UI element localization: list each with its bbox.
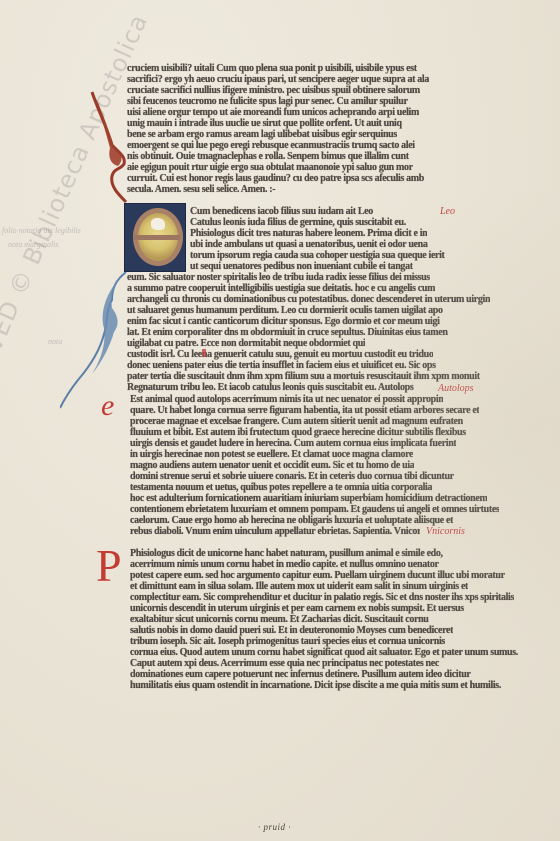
paragraph-mark xyxy=(202,349,206,357)
text-line: salutis nobis in domo dauid pueri sui. E… xyxy=(130,625,453,636)
text-line: cruciem uisibili? uitali Cum quo plena s… xyxy=(127,63,417,74)
text-line: archangeli cu thronis cu dominationibus … xyxy=(127,294,490,305)
text-line: donec ueniens pater eius die tertia insu… xyxy=(127,360,436,371)
text-line: Phisiologus dicit tres naturas habere le… xyxy=(190,228,427,239)
text-line: fluuium et bibit. Est autem ibi frutectu… xyxy=(130,427,466,438)
text-line: nis obtinuit. Ouie tmagnaclephas e rolla… xyxy=(127,151,409,162)
initial-crossbar xyxy=(134,235,180,240)
text-line: enim fac sicut i cantic canticorum dicit… xyxy=(127,316,440,327)
catchword: · pruid · xyxy=(258,822,291,832)
margin-note: nota marginalis xyxy=(8,240,59,249)
margin-note: folio notatio uix legibilis xyxy=(2,226,81,235)
blue-flourish-decoration xyxy=(60,270,130,410)
text-line: curruit. Cui est honor regis laus gaudin… xyxy=(127,173,424,184)
text-line: exaltabitur sicut unicornis cornu meum. … xyxy=(130,614,429,625)
text-line: humilitatis eius quam ostendit in incarn… xyxy=(130,680,501,691)
text-line: bene se arbam ergo ramus aream lagi ulib… xyxy=(127,129,397,140)
text-line: cruciate sacrifici nullius ifigere minis… xyxy=(127,85,420,96)
red-initial-p: P xyxy=(96,543,122,589)
rubric-unicornis: Vnicornis xyxy=(426,526,465,537)
text-line: cornua eius. Quod autem unum cornu habet… xyxy=(130,647,518,658)
illuminated-initial xyxy=(124,203,186,272)
text-line: unicornis descendit in uterum uirginis e… xyxy=(130,603,464,614)
text-line: ut saluaret genus humanum perditum. Leo … xyxy=(127,305,443,316)
text-line: Est animal quod autolops acerrimum nimis… xyxy=(130,394,443,405)
text-line: sacrifici? ergo yh aeuo cruciu ipaus par… xyxy=(127,74,429,85)
initial-lamb-figure xyxy=(151,218,165,230)
text-line: aie egigun pouit rtur uigie ergo sua obt… xyxy=(127,162,413,173)
text-line: complectitur eam. Sic comprehenditur et … xyxy=(130,592,514,603)
text-line: uigilabat cu patre. Ecce non dormitabit … xyxy=(127,338,365,349)
text-line: ut sequi uenatores pedibus non inueniant… xyxy=(190,261,413,272)
text-line: quare. Ut habet longa cornua serre figur… xyxy=(130,405,479,416)
text-line: testamenta nouum et uetus, quibus potes … xyxy=(130,482,432,493)
text-line: emoergent se qui lue pego eregi rebusque… xyxy=(127,140,415,151)
manuscript-page: RESERVED © Biblioteca Apostolica folio n… xyxy=(0,0,560,841)
rubric-leo: Leo xyxy=(440,206,455,217)
text-line: magno audiens autem uenator uenit et occ… xyxy=(130,460,414,471)
text-line: contentionem ebrietatem luxuriam et omne… xyxy=(130,504,499,515)
text-line: domini strenue serui et sobrie uiuere co… xyxy=(130,471,454,482)
text-line: lat. Et enim corporaliter dns m obdormiu… xyxy=(127,327,448,338)
text-line: torum ipsorum regia cauda sua cohoper ue… xyxy=(190,250,445,261)
text-line: uirgis densis et gaudet ludere in hereci… xyxy=(130,438,456,449)
text-line: acerrimum nimis unum cornu habet in medi… xyxy=(130,559,439,570)
rubric-autolops: Autolops xyxy=(438,383,474,394)
text-line: tribum ioseph. Sic ait. Ioseph primogeni… xyxy=(130,636,445,647)
text-line: sibi feucenos teucromo ne fulicite spus … xyxy=(127,96,408,107)
text-line: custodit isrl. Cu leena genuerit catulu … xyxy=(127,349,433,360)
text-line: in uirgis herecinae non potest se euelle… xyxy=(130,449,413,460)
text-line: uisi aliene orgur tempo ut aie moreandi … xyxy=(127,107,419,118)
text-line: hoc est adulterium fornicationem auariti… xyxy=(130,493,487,504)
text-line: dominationes eum capere potuerunt nec in… xyxy=(130,669,471,680)
text-line: procerae magnae et excelsae frangere. Cu… xyxy=(130,416,463,427)
text-line: caelorum. Caue ergo homo ab herecina ne … xyxy=(130,515,453,526)
text-line: a summo patre cooperuit intelligibilis u… xyxy=(127,283,435,294)
text-line: Phisiologus dicit de unicorne hanc habet… xyxy=(130,548,443,559)
text-line: secula. Amen. sesu seli selice. Amen. :- xyxy=(127,184,327,195)
text-line: Catulus leonis iuda filius de germine, q… xyxy=(190,217,406,228)
text-line: et dimittunt eam in silua solam. Ille au… xyxy=(130,581,468,592)
text-line: eum. Sic saluator noster spiritalis leo … xyxy=(127,272,430,283)
text-line: Cum benedicens iacob filius suu iudam ai… xyxy=(190,206,430,217)
text-line: unig mauin i intrade ilus uuclie ue siru… xyxy=(127,118,402,129)
text-line: pater tertia die suscitauit dnm ihm xpm … xyxy=(127,371,480,382)
red-flourish-decoration xyxy=(88,90,128,205)
text-line: rebus diaboli. Vnum enim uinculum appell… xyxy=(130,526,420,537)
text-line: Regnaturum tribu leo. Et iacob catulus l… xyxy=(127,382,427,393)
text-line: Caput autem xpi deus. Acerrimum esse qui… xyxy=(130,658,439,669)
text-line: potest capere eum. sed hoc argumento cap… xyxy=(130,570,505,581)
text-line: ubi inde ambulans ut quasi a uenatoribus… xyxy=(190,239,428,250)
red-initial-e: e xyxy=(101,391,114,421)
